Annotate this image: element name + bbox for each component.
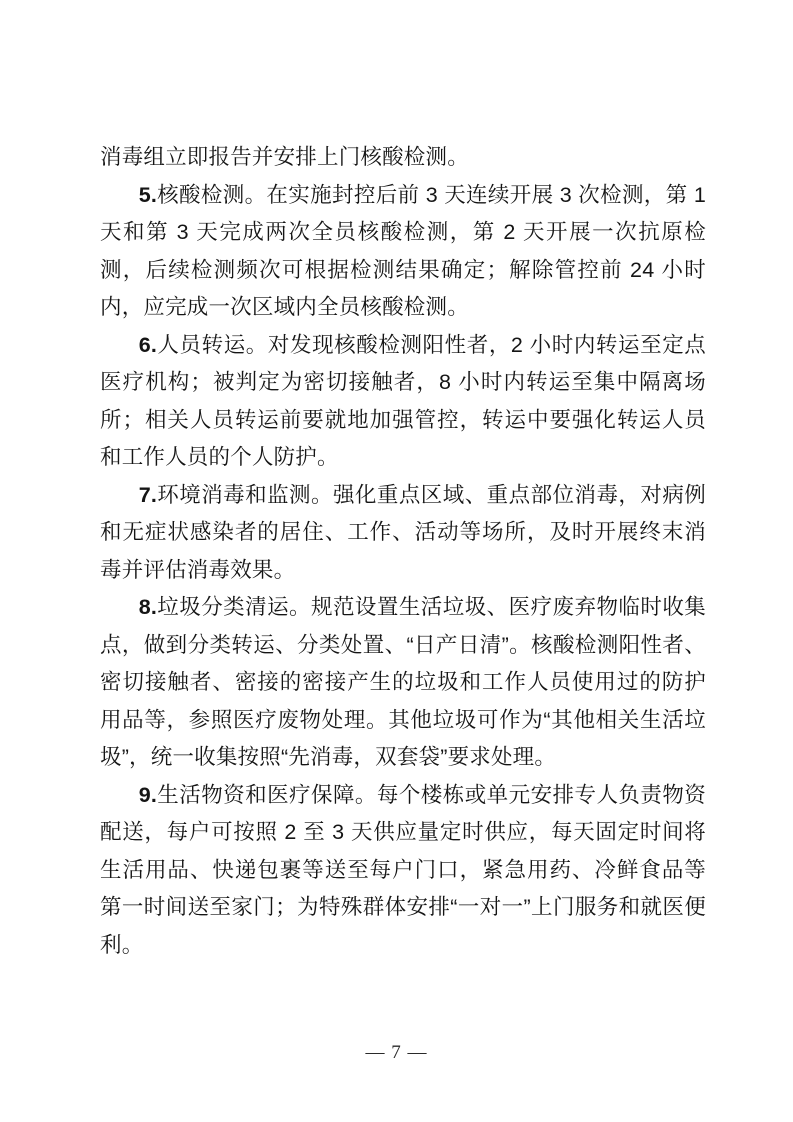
paragraph: 6.人员转运。对发现核酸检测阳性者，2 小时内转运至定点医疗机构；被判定为密切接… (100, 327, 706, 477)
paragraph: 消毒组立即报告并安排上门核酸检测。 (100, 139, 706, 177)
paragraph-number: 5. (139, 183, 157, 207)
paragraph: 7.环境消毒和监测。强化重点区域、重点部位消毒，对病例和无症状感染者的居住、工作… (100, 477, 706, 590)
document-body: 消毒组立即报告并安排上门核酸检测。5.核酸检测。在实施封控后前 3 天连续开展 … (100, 139, 706, 964)
page-number: — 7 — (366, 1042, 428, 1063)
paragraph-number: 9. (139, 783, 157, 807)
paragraph-number: 6. (139, 333, 157, 357)
document-page: 消毒组立即报告并安排上门核酸检测。5.核酸检测。在实施封控后前 3 天连续开展 … (0, 0, 793, 1122)
paragraph: 8.垃圾分类清运。规范设置生活垃圾、医疗废弃物临时收集点，做到分类转运、分类处置… (100, 589, 706, 777)
paragraph-number: 7. (139, 483, 157, 507)
page-footer: — 7 — (0, 1041, 793, 1065)
paragraph: 5.核酸检测。在实施封控后前 3 天连续开展 3 次检测，第 1 天和第 3 天… (100, 177, 706, 327)
paragraph-number: 8. (139, 595, 157, 619)
paragraph: 9.生活物资和医疗保障。每个楼栋或单元安排专人负责物资配送，每户可按照 2 至 … (100, 777, 706, 965)
